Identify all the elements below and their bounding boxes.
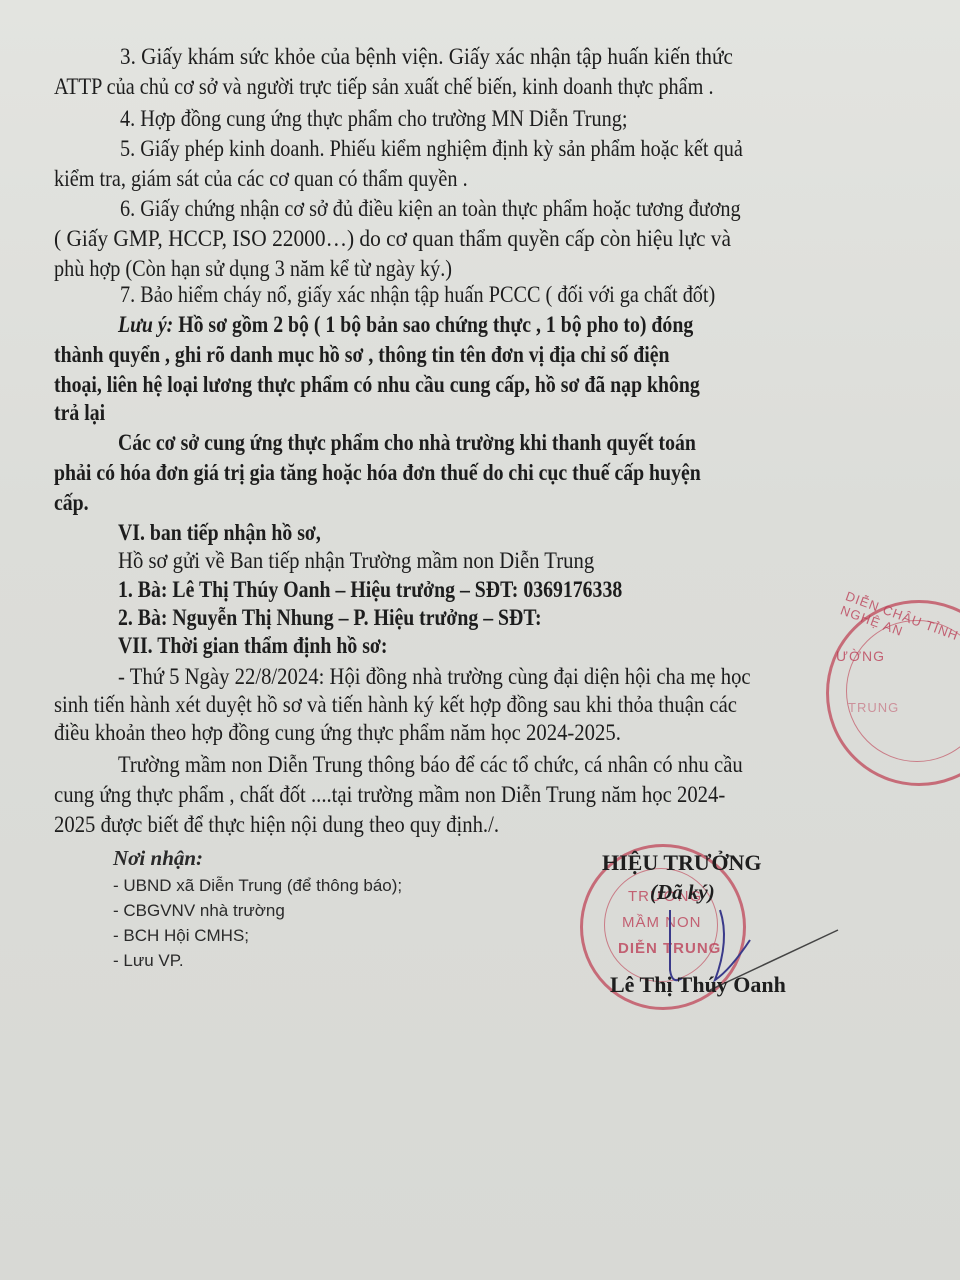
item-6-line-1: 6. Giấy chứng nhận cơ sở đủ điều kiện an… <box>120 196 741 222</box>
closing-line-3: 2025 được biết để thực hiện nội dung the… <box>54 812 499 838</box>
note-line-2: thành quyển , ghi rõ danh mục hồ sơ , th… <box>54 342 669 368</box>
signer-name: Lê Thị Thúy Oanh <box>610 972 786 998</box>
closing-line-1: Trường mầm non Diễn Trung thông báo để c… <box>118 752 743 778</box>
note-line-4: trả lại <box>54 400 105 426</box>
partial-stamp-center-3: TRUNG <box>848 700 899 715</box>
section-7-line-2: sinh tiến hành xét duyệt hồ sơ và tiến h… <box>54 692 737 718</box>
section-7-heading: VII. Thời gian thẩm định hồ sơ: <box>118 633 387 659</box>
recipient-item: - CBGVNV nhà trường <box>113 898 402 923</box>
item-6-line-2: ( Giấy GMP, HCCP, ISO 22000…) do cơ quan… <box>54 226 731 252</box>
item-3-line-1: 3. Giấy khám sức khỏe của bệnh viện. Giấ… <box>120 44 733 70</box>
signature-title: HIỆU TRƯỞNG <box>602 850 762 876</box>
recipients-block: Nơi nhận: - UBND xã Diễn Trung (để thông… <box>113 846 402 973</box>
invoice-line-2: phải có hóa đơn giá trị gia tăng hoặc hó… <box>54 460 701 486</box>
closing-line-2: cung ứng thực phẩm , chất đốt ....tại tr… <box>54 782 725 808</box>
item-5-line-1: 5. Giấy phép kinh doanh. Phiếu kiểm nghi… <box>120 136 743 162</box>
item-7: 7. Bảo hiểm cháy nổ, giấy xác nhận tập h… <box>120 282 715 308</box>
section-7-line-3: điều khoản theo hợp đồng cung ứng thực p… <box>54 720 621 746</box>
item-4: 4. Hợp đồng cung ứng thực phẩm cho trườn… <box>120 106 627 132</box>
note-line-1: Lưu ý: Hồ sơ gồm 2 bộ ( 1 bộ bản sao chứ… <box>118 312 693 338</box>
section-7-line-1: - Thứ 5 Ngày 22/8/2024: Hội đồng nhà trư… <box>118 664 751 690</box>
recipients-heading: Nơi nhận: <box>113 846 402 871</box>
recipient-item: - Lưu VP. <box>113 948 402 973</box>
section-6-intro: Hồ sơ gửi về Ban tiếp nhận Trường mầm no… <box>118 548 594 574</box>
contact-1: 1. Bà: Lê Thị Thúy Oanh – Hiệu trưởng – … <box>118 577 622 603</box>
invoice-line-1: Các cơ sở cung ứng thực phẩm cho nhà trư… <box>118 430 696 456</box>
item-3-line-2: ATTP của chủ cơ sở và người trực tiếp sả… <box>54 74 714 100</box>
signature-signed-note: (Đã ký) <box>650 880 715 905</box>
contact-2: 2. Bà: Nguyễn Thị Nhung – P. Hiệu trưởng… <box>118 605 542 631</box>
section-6-heading: VI. ban tiếp nhận hồ sơ, <box>118 520 321 546</box>
recipient-item: - BCH Hội CMHS; <box>113 923 402 948</box>
note-label: Lưu ý: <box>118 312 173 337</box>
item-6-line-3: phù hợp (Còn hạn sử dụng 3 năm kể từ ngà… <box>54 256 452 282</box>
document-page: 3. Giấy khám sức khỏe của bệnh viện. Giấ… <box>0 0 960 1280</box>
recipient-item: - UBND xã Diễn Trung (để thông báo); <box>113 873 402 898</box>
partial-stamp-center-1: ƯỜNG <box>836 648 885 664</box>
item-5-line-2: kiểm tra, giám sát của các cơ quan có th… <box>54 166 468 192</box>
note-line-3: thoại, liên hệ loại lương thực phẩm có n… <box>54 372 700 398</box>
invoice-line-3: cấp. <box>54 490 89 516</box>
